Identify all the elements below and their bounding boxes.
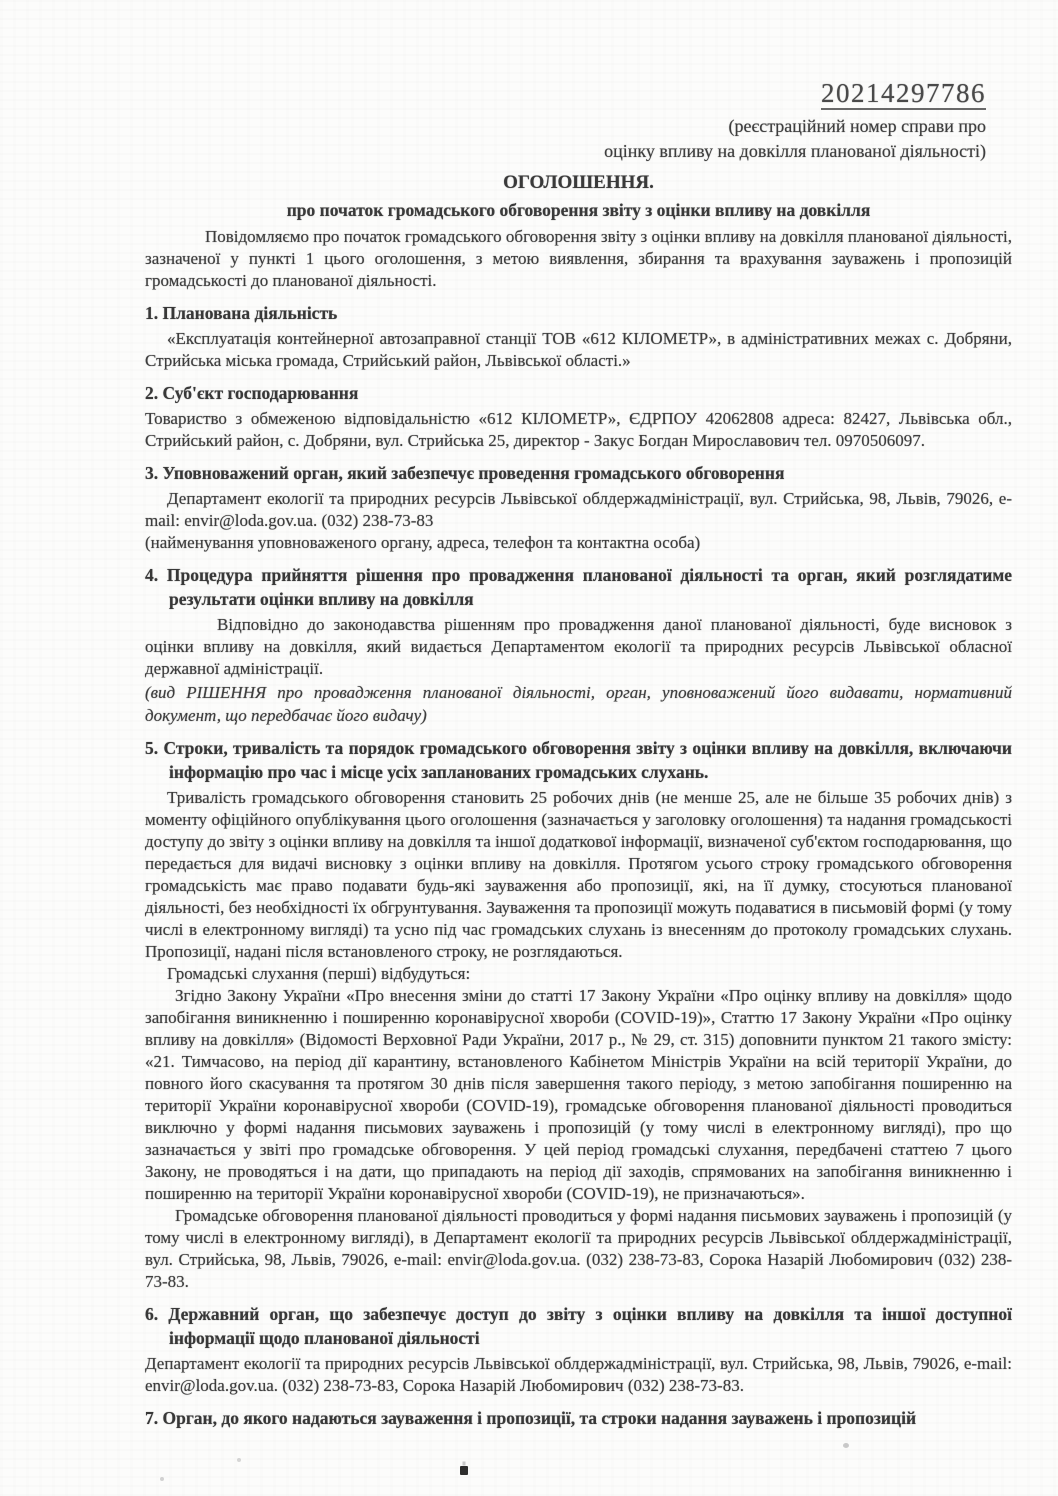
scan-artifact-speck — [237, 1458, 241, 1462]
section-2-body: Товариство з обмеженою відповідальністю … — [145, 408, 1012, 452]
section-5-heading: 5. Строки, тривалість та порядок громадс… — [145, 736, 1012, 784]
section-7-heading: 7. Орган, до якого надаються зауваження … — [145, 1406, 1012, 1430]
section-number: 3. — [145, 463, 158, 483]
section-number: 1. — [145, 303, 158, 323]
section-7-comments-body: 7. Орган, до якого надаються зауваження … — [145, 1406, 1012, 1430]
scan-artifact-dot — [460, 1466, 468, 1475]
section-1-body: «Експлуатація контейнерної автозаправної… — [145, 328, 1012, 372]
intro-paragraph: Повідомляємо про початок громадського об… — [145, 226, 1012, 292]
section-heading-text: Процедура прийняття рішення про провадже… — [167, 565, 1012, 609]
section-number: 5. — [145, 738, 158, 758]
scan-artifact-speck — [160, 1477, 164, 1481]
section-3-body: Департамент екології та природних ресурс… — [145, 488, 1012, 532]
section-3-authorized-body: 3. Уповноважений орган, який забезпечує … — [145, 461, 1012, 554]
case-number-caption-line2: оцінку впливу на довкілля планованої дія… — [145, 139, 986, 164]
case-number: 20214297786 — [821, 78, 986, 110]
section-3-form-note: (найменування уповноваженого органу, адр… — [145, 532, 1012, 554]
section-1-planned-activity: 1. Планована діяльність «Експлуатація ко… — [145, 301, 1012, 372]
section-2-heading: 2. Суб'єкт господарювання — [145, 381, 1012, 405]
document-subtitle: про початок громадського обговорення зві… — [145, 198, 1012, 222]
section-number: 4. — [145, 565, 158, 585]
registration-header: 20214297786 (реєстраційний номер справи … — [145, 78, 1012, 164]
section-6-heading: 6. Державний орган, що забезпечує доступ… — [145, 1302, 1012, 1350]
section-heading-text: Строки, тривалість та порядок громадсько… — [163, 738, 1012, 782]
case-number-caption-line1: (реєстраційний номер справи про — [145, 114, 986, 139]
section-5-paragraph-duration: Тривалість громадського обговорення стан… — [145, 787, 1012, 963]
section-5-paragraph-covid-law: Згідно Закону України «Про внесення змін… — [145, 985, 1012, 1205]
section-heading-text: Орган, до якого надаються зауваження і п… — [163, 1408, 917, 1428]
section-heading-text: Суб'єкт господарювання — [163, 383, 359, 403]
section-5-terms-and-procedure: 5. Строки, тривалість та порядок громадс… — [145, 736, 1012, 1293]
scan-artifact-speck — [843, 1443, 849, 1448]
document-title: ОГОЛОШЕННЯ. — [145, 170, 1012, 196]
section-1-heading: 1. Планована діяльність — [145, 301, 1012, 325]
section-4-decision-note: (вид РІШЕННЯ про провадження планованої … — [145, 681, 1012, 727]
scanned-document-page: 20214297786 (реєстраційний номер справи … — [0, 78, 1058, 1430]
section-6-body: Департамент екології та природних ресурс… — [145, 1353, 1012, 1397]
section-heading-text: Державний орган, що забезпечує доступ до… — [168, 1304, 1012, 1348]
section-6-state-body-access: 6. Державний орган, що забезпечує доступ… — [145, 1302, 1012, 1397]
section-number: 7. — [145, 1408, 158, 1428]
section-heading-text: Уповноважений орган, який забезпечує про… — [163, 463, 785, 483]
section-5-paragraph-hearings: Громадські слухання (перші) відбудуться: — [145, 963, 1012, 985]
section-number: 6. — [145, 1304, 158, 1324]
section-2-business-entity: 2. Суб'єкт господарювання Товариство з о… — [145, 381, 1012, 452]
section-5-paragraph-written-comments: Громадське обговорення планованої діяльн… — [145, 1205, 1012, 1293]
section-3-heading: 3. Уповноважений орган, який забезпечує … — [145, 461, 1012, 485]
section-4-heading: 4. Процедура прийняття рішення про прова… — [145, 563, 1012, 611]
section-number: 2. — [145, 383, 158, 403]
section-4-decision-procedure: 4. Процедура прийняття рішення про прова… — [145, 563, 1012, 727]
section-heading-text: Планована діяльність — [163, 303, 338, 323]
section-4-body: Відповідно до законодавства рішенням про… — [145, 614, 1012, 680]
